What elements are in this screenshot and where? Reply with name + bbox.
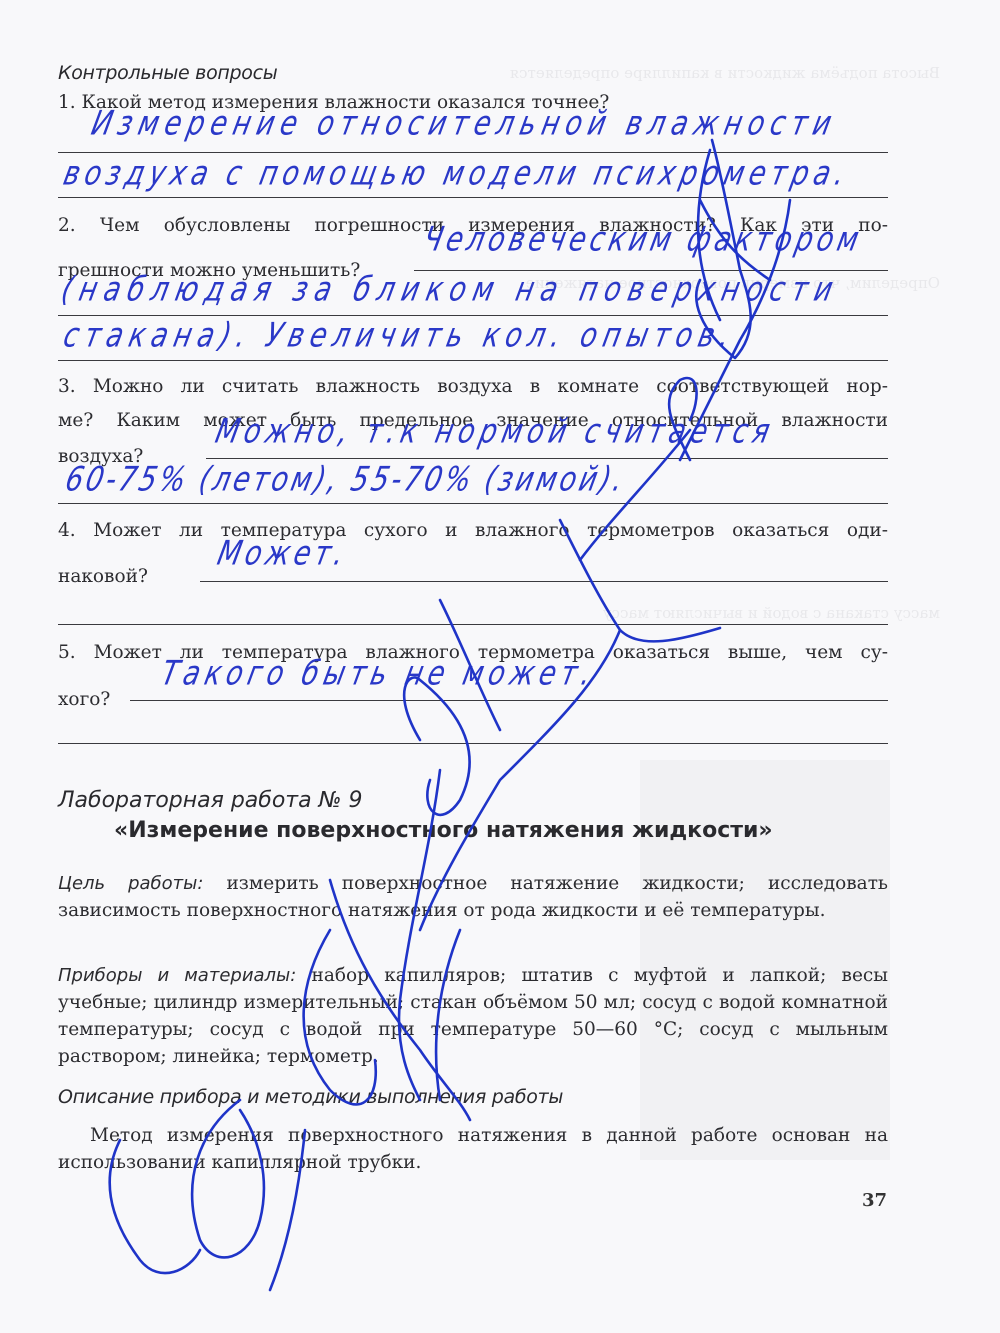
- answer-5-line-1: Такого быть не может.: [158, 654, 600, 693]
- answer-line: [206, 458, 888, 459]
- answer-line: [58, 360, 888, 361]
- answer-line: [58, 743, 888, 744]
- answer-4-line-1: Может.: [214, 534, 351, 573]
- question-4-cont: наковой?: [58, 560, 888, 594]
- lab-goal: Цель работы: измерить поверхностное натя…: [58, 870, 888, 924]
- question-5-text-2: хого?: [58, 689, 110, 710]
- answer-3-line-1: Можно, т.к нормой считается: [212, 412, 778, 451]
- control-questions-heading: Контрольные вопросы: [58, 62, 277, 84]
- answer-line: [58, 152, 888, 153]
- answer-line: [58, 503, 888, 504]
- answer-line: [200, 581, 888, 582]
- workbook-page: Контрольные вопросы 1. Какой метод измер…: [0, 0, 1000, 1333]
- question-4-text-2: наковой?: [58, 566, 148, 587]
- answer-2-line-3: стакана). Увеличить кол. опытов.: [60, 316, 739, 355]
- materials-label: Приборы и материалы:: [58, 965, 296, 986]
- description-text: Метод измерения поверхностного натяжения…: [58, 1122, 888, 1176]
- answer-line: [58, 624, 888, 625]
- page-number: 37: [862, 1190, 887, 1211]
- bleed-through-text: Высота подъёма жидкости в капилляре опре…: [640, 60, 940, 86]
- lab-materials: Приборы и материалы: набор капилляров; ш…: [58, 962, 888, 1070]
- answer-2-line-2: (наблюдая за бликом на поверхности: [58, 270, 843, 309]
- question-4-text-1: 4. Может ли температура сухого и влажног…: [58, 514, 888, 548]
- answer-1-line-1: Измерение относительной влажности: [88, 104, 841, 143]
- question-3-text-1: 3. Можно ли считать влажность воздуха в …: [58, 370, 888, 404]
- answer-2-line-1: Человеческим фактором: [420, 220, 866, 259]
- lab-title: Лабораторная работа № 9: [58, 788, 362, 813]
- lab-subtitle: «Измерение поверхностного натяжения жидк…: [114, 818, 773, 843]
- question-4: 4. Может ли температура сухого и влажног…: [58, 514, 888, 548]
- answer-1-line-2: воздуха с помощью модели психрометра.: [60, 154, 853, 193]
- goal-label: Цель работы:: [58, 873, 203, 894]
- answer-line: [130, 700, 888, 701]
- answer-3-line-2: 60-75% (летом), 55-70% (зимой).: [62, 460, 629, 499]
- bleed-through-text: массу стакана с водой и вычисляют массу: [640, 600, 940, 626]
- answer-line: [58, 197, 888, 198]
- description-heading: Описание прибора и методики выполнения р…: [58, 1086, 563, 1108]
